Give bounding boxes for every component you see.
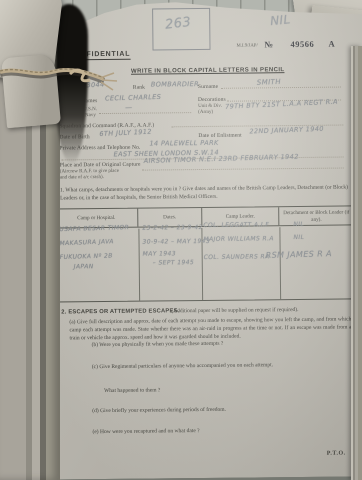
row3-block-leader: RSM JAMES R A (266, 250, 333, 261)
surname-label: Surname (198, 84, 218, 91)
number-symbol: № (264, 39, 273, 49)
rank-value: BOMBARDIER (151, 81, 199, 89)
address-value-line1: 14 PALEWELL PARK (149, 140, 218, 148)
question-2b: (b) Were you physically fit when you mad… (92, 340, 342, 351)
row1-camp: USAPA BESAR TIMOR (59, 225, 129, 234)
row1-dates: 23-2-42 – 23-9-42 (142, 225, 203, 232)
decorations-label: Decorations (198, 97, 226, 104)
row2-leader: MAJOR WILLIAMS R.A (203, 236, 273, 243)
nil-annotation: NIL (270, 13, 292, 28)
pencil-stamp-box: 263 (152, 8, 210, 51)
capture-rule (142, 160, 344, 171)
row2-camp: MAKASURA JAVA (59, 239, 113, 248)
row3-dates-line1: MAY 1943 (143, 251, 176, 258)
unit-label-line2: (Army) (198, 110, 213, 116)
section2-title-note: (Additional paper will be supplied on re… (171, 307, 298, 316)
table-column-divider-1 (139, 229, 141, 301)
stamp-scribble: 263 (165, 16, 192, 33)
surname-rule (221, 79, 341, 89)
camps-table: Camp or Hospital. Dates. Camp Leader. De… (54, 205, 355, 302)
row3-camp-line1: FUKUOKA Nº 2B (60, 253, 113, 261)
section2-title: 2. ESCAPES OR ATTEMPTED ESCAPES. (61, 308, 179, 315)
archive-string (0, 56, 118, 98)
enlistment-value: 22ND JANUARY 1940 (249, 126, 324, 136)
question-2d: (d) Give briefly your experiences during… (92, 406, 342, 417)
row1-leader: COL. LEGGATT A.I.F (203, 222, 269, 229)
row3-camp-line2: JAPAN (74, 264, 94, 271)
ship-rule (99, 104, 191, 114)
question-2c-followup: What happened to them ? (104, 386, 324, 396)
capture-note-line2: and date of a/c crash). (60, 175, 104, 181)
paper-stack-right-edge (351, 46, 362, 480)
row3-dates-line2: – SEPT 1945 (153, 260, 194, 267)
page-turn-over-mark: P.T.O. (327, 451, 346, 457)
rank-label: Rank (133, 85, 145, 92)
reference-number: 49566 (290, 39, 314, 49)
dob-value: 6TH JULY 1912 (99, 129, 152, 139)
reference-prefix: M.I.9/JAP/ (236, 43, 257, 48)
reference-suffix: A (328, 39, 335, 49)
table-column-divider-3 (279, 227, 281, 299)
question-2c: (c) Give Regimental particulars of anyon… (92, 361, 352, 372)
row2-block-leader: NIL (293, 235, 304, 242)
form-instruction: WRITE IN BLOCK CAPITAL LETTERS IN PENCIL (103, 67, 313, 75)
question-1-text: 1. What camps, detachments or hospitals … (60, 184, 348, 203)
row3-leader: COL. SAUNDERS RA (204, 254, 270, 261)
header-detachment-leader: Detachment or Block Leader (if any). (279, 206, 353, 225)
row2-dates: 30-9-42 – MAY 1943 (143, 239, 211, 246)
row1-block-leader: NIL (293, 222, 304, 229)
question-2e: (e) How were you recaptured and on what … (92, 427, 342, 438)
